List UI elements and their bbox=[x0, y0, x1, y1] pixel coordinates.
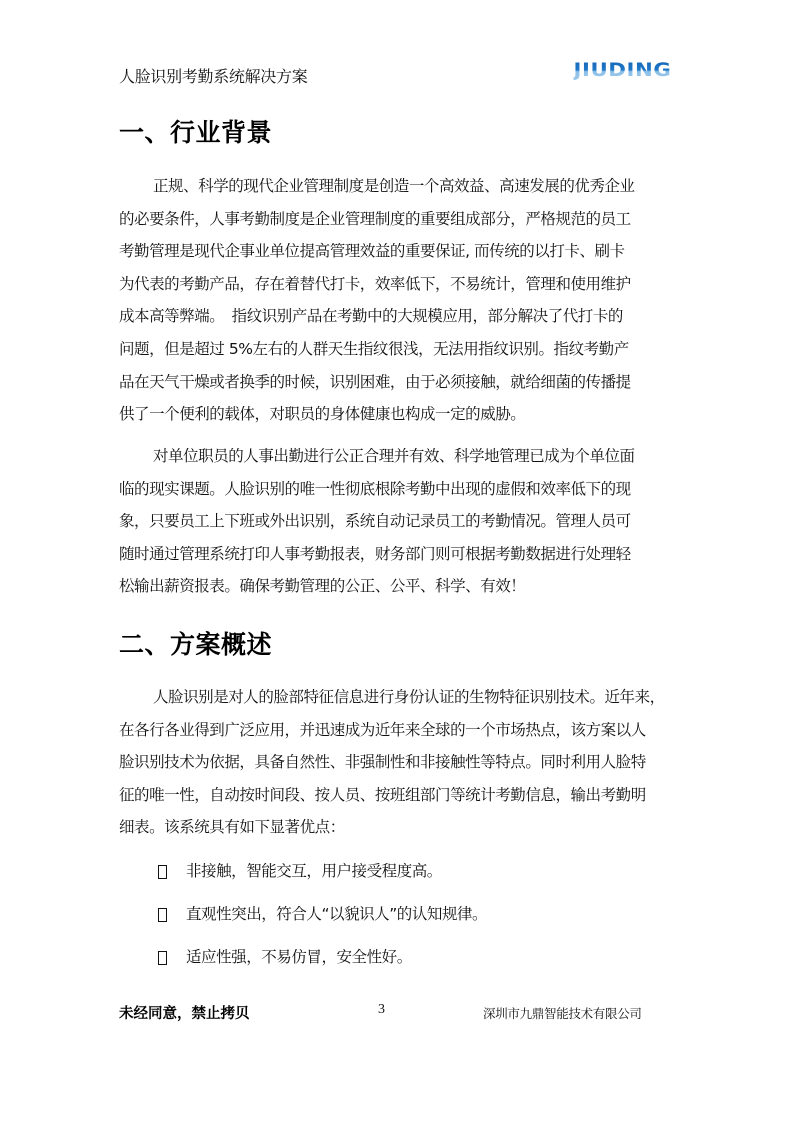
square-bullet-icon bbox=[158, 908, 167, 922]
advantages-list: 非接触，智能交互，用户接受程度高。 直观性突出，符合人“以貌识人”的认知规律。 … bbox=[158, 857, 487, 986]
text-line: 细表。该系统具有如下显著优点： bbox=[119, 811, 671, 844]
list-item-text: 直观性突出，符合人“以貌识人”的认知规律。 bbox=[186, 900, 487, 928]
text-line: 脸识别技术为依据，具备自然性、非强制性和非接触性等特点。同时利用人脸特 bbox=[119, 746, 671, 779]
text-line: 在各行各业得到广泛应用，并迅速成为近年来全球的一个市场热点，该方案以人 bbox=[119, 714, 671, 747]
text-line: 问题，但是超过 5%左右的人群天生指纹很浅，无法用指纹识别。指纹考勤产 bbox=[119, 333, 671, 366]
company-name: 深圳市九鼎智能技术有限公司 bbox=[483, 1004, 642, 1022]
text-line: 正规、科学的现代企业管理制度是创造一个高效益、高速发展的优秀企业 bbox=[119, 170, 671, 203]
text-line: 考勤管理是现代企事业单位提高管理效益的重要保证, 而传统的以打卡、刷卡 bbox=[119, 235, 671, 268]
text-line: 成本高等弊端。 指纹识别产品在考勤中的大规模应用，部分解决了代打卡的 bbox=[119, 300, 671, 333]
text-line: 象，只要员工上下班或外出识别，系统自动记录员工的考勤情况。管理人员可 bbox=[119, 505, 671, 538]
text-line: 征的唯一性，自动按时间段、按人员、按班组部门等统计考勤信息，输出考勤明 bbox=[119, 779, 671, 812]
copy-prohibited-notice: 未经同意，禁止拷贝 bbox=[119, 1002, 250, 1023]
section-heading-solution-overview: 二、方案概述 bbox=[119, 625, 272, 661]
text-line: 品在天气干燥或者换季的时候，识别困难，由于必须接触，就给细菌的传播提 bbox=[119, 366, 671, 399]
square-bullet-icon bbox=[158, 951, 167, 965]
page-number: 3 bbox=[378, 1002, 385, 1018]
paragraph-industry-background-1: 正规、科学的现代企业管理制度是创造一个高效益、高速发展的优秀企业 的必要条件，人… bbox=[119, 170, 671, 431]
text-line: 供了一个便利的载体，对职员的身体健康也构成一定的威胁。 bbox=[119, 398, 671, 431]
page-footer: 未经同意，禁止拷贝 3 深圳市九鼎智能技术有限公司 bbox=[119, 1002, 679, 1024]
list-item-text: 适应性强，不易仿冒，安全性好。 bbox=[186, 943, 412, 971]
list-item-text: 非接触，智能交互，用户接受程度高。 bbox=[186, 857, 442, 885]
text-line: 人脸识别是对人的脸部特征信息进行身份认证的生物特征识别技术。近年来， bbox=[119, 681, 671, 714]
text-line: 松输出薪资报表。确保考勤管理的公正、公平、科学、有效！ bbox=[119, 570, 671, 603]
text-line: 对单位职员的人事出勤进行公正合理并有效、科学地管理已成为个单位面 bbox=[119, 440, 671, 473]
page-header: 人脸识别考勤系统解决方案 JIUDING bbox=[119, 60, 671, 90]
document-title: 人脸识别考勤系统解决方案 bbox=[119, 64, 307, 87]
list-item: 适应性强，不易仿冒，安全性好。 bbox=[158, 943, 487, 986]
text-line: 为代表的考勤产品，存在着替代打卡，效率低下，不易统计，管理和使用维护 bbox=[119, 268, 671, 301]
paragraph-industry-background-2: 对单位职员的人事出勤进行公正合理并有效、科学地管理已成为个单位面 临的现实课题。… bbox=[119, 440, 671, 603]
list-item: 非接触，智能交互，用户接受程度高。 bbox=[158, 857, 487, 900]
text-line: 随时通过管理系统打印人事考勤报表，财务部门则可根据考勤数据进行处理轻 bbox=[119, 538, 671, 571]
square-bullet-icon bbox=[158, 865, 167, 879]
text-line: 临的现实课题。人脸识别的唯一性彻底根除考勤中出现的虚假和效率低下的现 bbox=[119, 473, 671, 506]
list-item: 直观性突出，符合人“以貌识人”的认知规律。 bbox=[158, 900, 487, 943]
paragraph-solution-overview: 人脸识别是对人的脸部特征信息进行身份认证的生物特征识别技术。近年来， 在各行各业… bbox=[119, 681, 671, 844]
text-line: 的必要条件，人事考勤制度是企业管理制度的重要组成部分，严格规范的员工 bbox=[119, 203, 671, 236]
section-heading-industry-background: 一、行业背景 bbox=[119, 113, 272, 149]
jiuding-logo: JIUDING bbox=[573, 60, 671, 80]
